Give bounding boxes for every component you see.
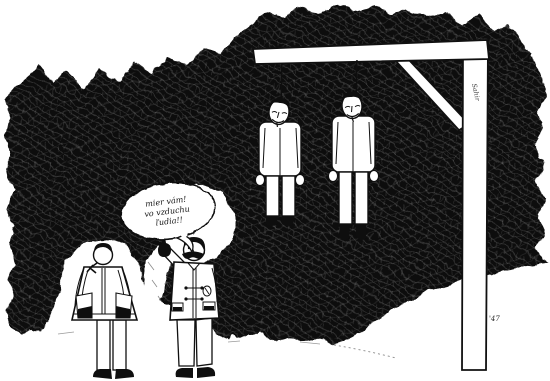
corner-mark: '47 xyxy=(489,315,500,323)
hanged-left-hand-right xyxy=(296,175,305,186)
hanged-left-shoe-left xyxy=(266,216,278,226)
hanged-right-trouser-right xyxy=(355,172,368,224)
cartoon-canvas: mier vám! vo vzduchu ľudia!! Sahir '47 xyxy=(0,0,550,381)
ink-drawing: mier vám! vo vzduchu ľudia!! Sahir '47 xyxy=(0,0,550,381)
hanged-right-trouser-left xyxy=(339,172,352,224)
hanged-left-trouser-right xyxy=(282,176,295,216)
speaker-pocket-right-shadow xyxy=(204,306,214,310)
hanged-left-shoe-right xyxy=(282,216,294,226)
observer-leg-left xyxy=(97,320,110,370)
speaker-trouser-right xyxy=(196,318,212,366)
hanged-left-trouser-left xyxy=(266,176,279,216)
speaker-shoe-left xyxy=(176,368,193,378)
speaker-toggle-1a xyxy=(184,286,187,289)
speaker-trouser-left xyxy=(177,320,195,366)
hanged-right-shoe-right xyxy=(356,224,366,240)
rope-left xyxy=(281,63,282,102)
rope-right xyxy=(356,60,357,97)
speaker-pocket-left-shadow xyxy=(173,307,182,311)
hanged-right-hand-right xyxy=(370,171,379,182)
speaker-toggle-2a xyxy=(184,297,187,300)
hanged-right-shoe-left xyxy=(339,224,350,240)
speaker-toggle-2b xyxy=(200,297,203,300)
observer-leg-right xyxy=(113,320,126,370)
hanged-right-hand-left xyxy=(329,171,338,182)
hanged-left-hand-left xyxy=(256,175,265,186)
speech-bubble-tail-join xyxy=(181,231,188,238)
